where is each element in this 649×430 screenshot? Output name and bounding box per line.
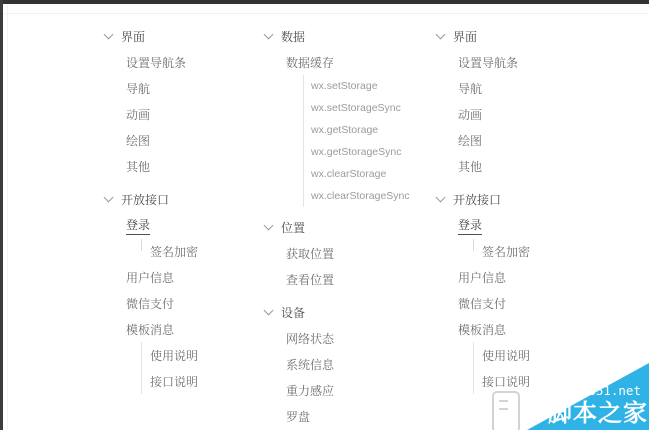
tree-api-item-label: wx.getStorage [311, 124, 378, 136]
tree-item[interactable]: 登录 [436, 212, 594, 238]
tree-section[interactable]: 界面 [436, 23, 594, 49]
tree-subitem-label: 签名加密 [150, 243, 198, 260]
tree-item[interactable]: 导航 [104, 75, 262, 101]
tree-section-label: 界面 [453, 28, 477, 45]
tree-api-item[interactable]: wx.setStorage [264, 75, 422, 97]
tree-item-label: 登录 [458, 216, 482, 235]
tree-item[interactable]: 微信支付 [436, 290, 594, 316]
tree-item[interactable]: 罗盘 [264, 403, 422, 429]
tree-item-label: 导航 [126, 80, 150, 97]
tree-api-item-label: wx.clearStorage [311, 168, 386, 180]
tree-api-item-label: wx.clearStorageSync [311, 190, 410, 202]
tree-item-label: 罗盘 [286, 408, 310, 425]
tree-item-label: 绘图 [458, 132, 482, 149]
tree-subitem-label: 接口说明 [150, 373, 198, 390]
chevron-down-icon[interactable] [264, 220, 274, 230]
tree-item-label: 模板消息 [458, 321, 506, 338]
tree-item-label: 模板消息 [126, 321, 174, 338]
tree-item[interactable]: 重力感应 [264, 377, 422, 403]
tree-subitem-label: 使用说明 [482, 347, 530, 364]
tree-section[interactable]: 数据 [264, 23, 422, 49]
tree-subitem-label: 接口说明 [482, 373, 530, 390]
tree-item-label: 网络状态 [286, 330, 334, 347]
tree-item[interactable]: 网络状态 [264, 325, 422, 351]
tree-item[interactable]: 微信支付 [104, 290, 262, 316]
tree-item-label: 设置导航条 [126, 54, 186, 71]
chevron-down-icon[interactable] [264, 29, 274, 39]
tree-item[interactable]: 绘图 [104, 127, 262, 153]
tree-api-item[interactable]: wx.getStorage [264, 119, 422, 141]
tree-section[interactable]: 设备 [264, 299, 422, 325]
tree-subitem[interactable]: 使用说明 [104, 342, 262, 368]
chevron-down-icon[interactable] [104, 29, 114, 39]
window-top-edge [0, 0, 649, 4]
tree-item-label: 设置导航条 [458, 54, 518, 71]
nav-tree-middle: 数据数据缓存wx.setStoragewx.setStorageSyncwx.g… [264, 23, 422, 429]
tree-item-label: 其他 [126, 158, 150, 175]
chevron-down-icon[interactable] [436, 192, 446, 202]
tree-section-label: 界面 [121, 28, 145, 45]
page: 界面设置导航条导航动画绘图其他开放接口登录签名加密用户信息微信支付模板消息使用说… [0, 0, 649, 430]
tree-item-label: 重力感应 [286, 382, 334, 399]
tree-item-label: 用户信息 [458, 269, 506, 286]
tree-item[interactable]: 设置导航条 [104, 49, 262, 75]
tree-section[interactable]: 开放接口 [104, 186, 262, 212]
tree-item[interactable]: 用户信息 [436, 264, 594, 290]
tree-item[interactable]: 模板消息 [104, 316, 262, 342]
tree-item[interactable]: 设置导航条 [436, 49, 594, 75]
tree-item-label: 查看位置 [286, 271, 334, 288]
tree-api-item[interactable]: wx.clearStorageSync [264, 185, 422, 207]
tree-api-item-label: wx.setStorage [311, 80, 378, 92]
tree-item-label: 获取位置 [286, 245, 334, 262]
tree-item[interactable]: 模板消息 [436, 316, 594, 342]
tree-item-label: 其他 [458, 158, 482, 175]
tree-api-item-label: wx.getStorageSync [311, 146, 401, 158]
tree-item-label: 微信支付 [458, 295, 506, 312]
tree-api-item[interactable]: wx.getStorageSync [264, 141, 422, 163]
tree-item[interactable]: 其他 [436, 153, 594, 179]
watermark-brand-name: 脚本之家 [548, 393, 648, 428]
tree-section-label: 位置 [281, 219, 305, 236]
tree-item[interactable]: 其他 [104, 153, 262, 179]
tree-item[interactable]: 获取位置 [264, 240, 422, 266]
chevron-down-icon[interactable] [264, 305, 274, 315]
tree-subitem-label: 签名加密 [482, 243, 530, 260]
top-divider [3, 13, 649, 14]
tree-section[interactable]: 开放接口 [436, 186, 594, 212]
tree-item[interactable]: 登录 [104, 212, 262, 238]
tree-item[interactable]: 动画 [104, 101, 262, 127]
tree-api-item[interactable]: wx.setStorageSync [264, 97, 422, 119]
tree-section-label: 数据 [281, 28, 305, 45]
tree-section[interactable]: 位置 [264, 214, 422, 240]
tree-item-label: 动画 [126, 106, 150, 123]
tree-subitem-label: 使用说明 [150, 347, 198, 364]
tree-item-label: 用户信息 [126, 269, 174, 286]
site-logo-icon [492, 391, 520, 430]
tree-api-item-label: wx.setStorageSync [311, 102, 401, 114]
tree-item-label: 登录 [126, 216, 150, 235]
tree-section[interactable]: 界面 [104, 23, 262, 49]
tree-subitem[interactable]: 签名加密 [104, 238, 262, 264]
tree-subitem[interactable]: 接口说明 [104, 368, 262, 394]
tree-item-label: 系统信息 [286, 356, 334, 373]
tree-item[interactable]: 绘图 [436, 127, 594, 153]
nav-tree-left: 界面设置导航条导航动画绘图其他开放接口登录签名加密用户信息微信支付模板消息使用说… [104, 23, 262, 394]
tree-item-label: 导航 [458, 80, 482, 97]
tree-item[interactable]: 导航 [436, 75, 594, 101]
tree-section-label: 开放接口 [453, 191, 501, 208]
chevron-down-icon[interactable] [104, 192, 114, 202]
tree-api-item[interactable]: wx.clearStorage [264, 163, 422, 185]
tree-item[interactable]: 动画 [436, 101, 594, 127]
tree-item-label: 动画 [458, 106, 482, 123]
nav-tree-right: 界面设置导航条导航动画绘图其他开放接口登录签名加密用户信息微信支付模板消息使用说… [436, 23, 594, 394]
tree-item[interactable]: 数据缓存 [264, 49, 422, 75]
tree-item[interactable]: 查看位置 [264, 266, 422, 292]
tree-item[interactable]: 用户信息 [104, 264, 262, 290]
tree-item-label: 微信支付 [126, 295, 174, 312]
window-left-edge [0, 0, 3, 430]
chevron-down-icon[interactable] [436, 29, 446, 39]
tree-subitem[interactable]: 使用说明 [436, 342, 594, 368]
tree-item[interactable]: 系统信息 [264, 351, 422, 377]
left-divider [7, 4, 8, 430]
tree-section-label: 开放接口 [121, 191, 169, 208]
tree-section-label: 设备 [281, 304, 305, 321]
tree-item-label: 数据缓存 [286, 54, 334, 71]
tree-subitem[interactable]: 签名加密 [436, 238, 594, 264]
tree-item-label: 绘图 [126, 132, 150, 149]
